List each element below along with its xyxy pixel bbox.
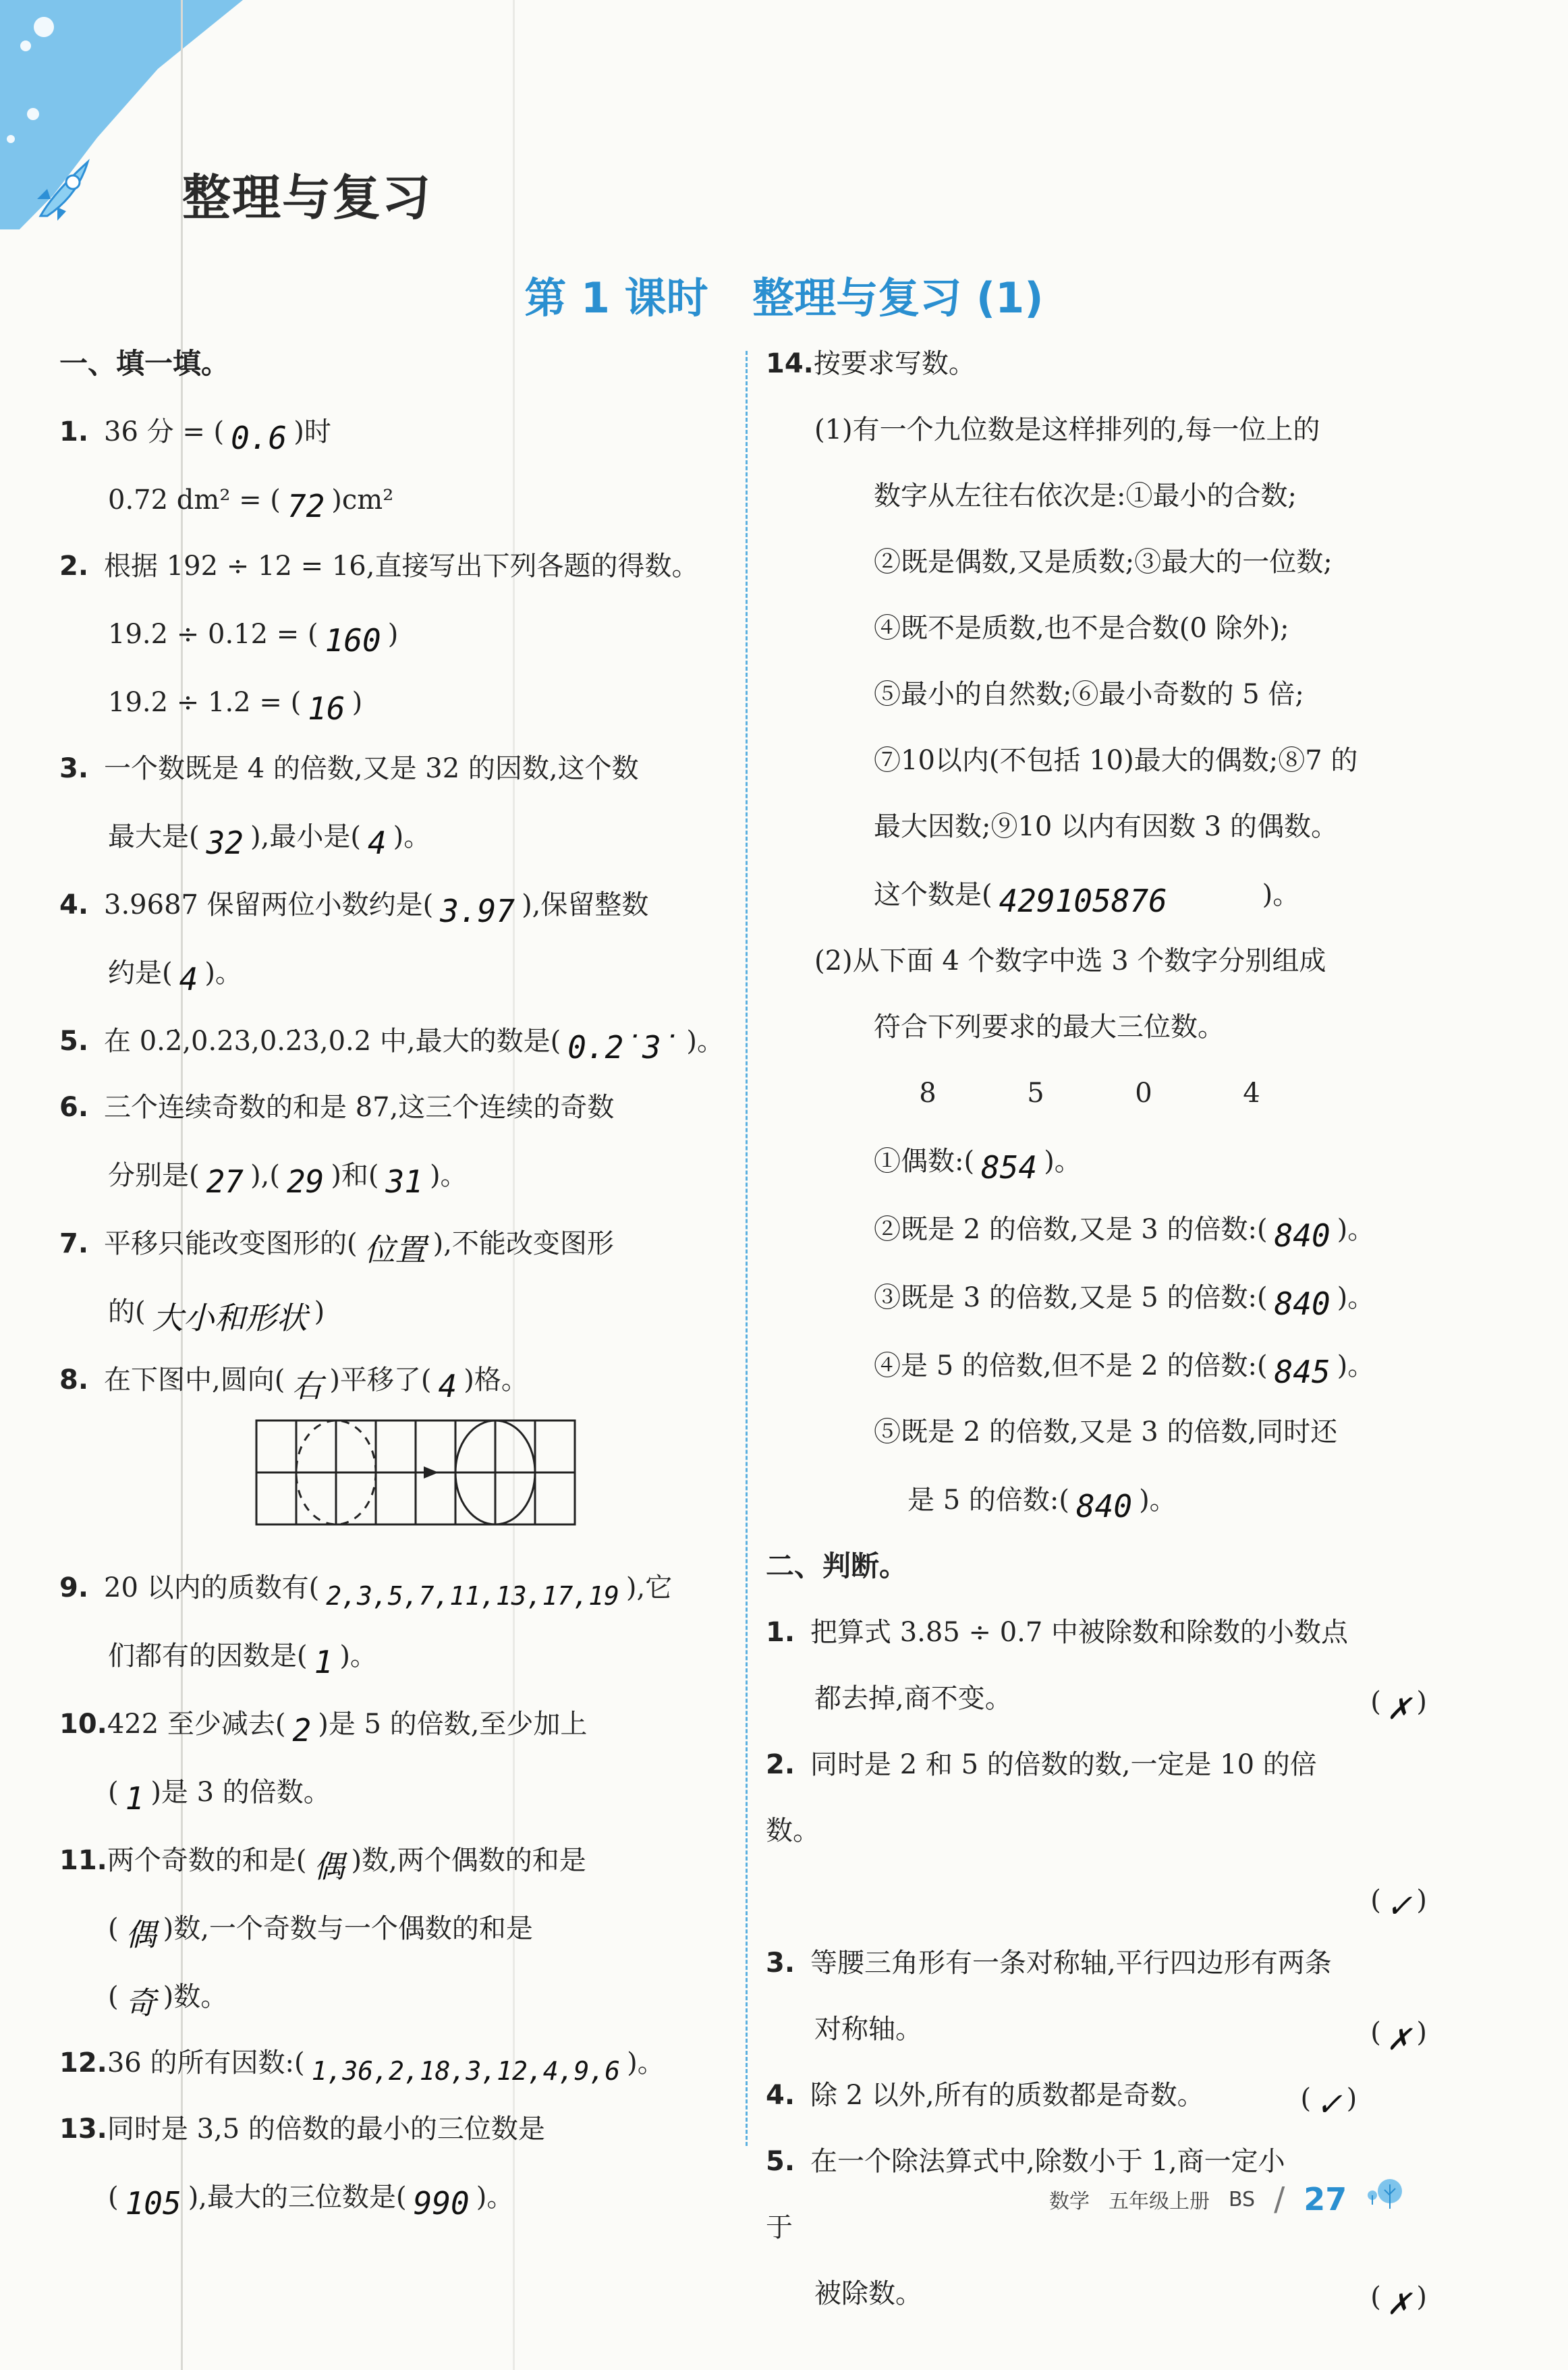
question-line: 们都有的因数是(1)。 xyxy=(59,1621,734,1689)
chapter-title: 整理与复习 xyxy=(182,159,432,229)
section-title: 二、判断。 xyxy=(766,1533,1440,1599)
answer-field[interactable]: 偶 xyxy=(119,1902,163,1968)
question-12: 12.36 的所有因数:(1,36,2,18,3,12,4,9,6)。 xyxy=(59,2030,734,2096)
question-line: 都去掉,商不变。 (✗) xyxy=(766,1665,1440,1732)
answer-field[interactable]: 840 xyxy=(1069,1473,1139,1539)
text: 在下图中,圆向( xyxy=(104,1365,285,1396)
question-line: ⑤既是 2 的倍数,又是 3 的倍数,同时还 xyxy=(766,1399,1440,1465)
text: 们都有的因数是( xyxy=(108,1641,308,1672)
answer-field[interactable]: 4 xyxy=(432,1353,464,1419)
translation-grid-diagram xyxy=(255,1419,579,1530)
text: )。 xyxy=(430,1160,468,1191)
digit: 0 xyxy=(1090,1060,1198,1126)
answer-field[interactable]: 0.2̇3̇ xyxy=(561,1014,686,1080)
judgement-mark[interactable]: (✓) xyxy=(1301,2062,1371,2132)
question-line: 19.2 ÷ 0.12 = (160) xyxy=(59,599,734,667)
text: )数。 xyxy=(163,1981,228,2012)
text: 这个数是( xyxy=(874,879,992,910)
text: )。 xyxy=(476,2182,514,2213)
answer-field[interactable]: 72 xyxy=(281,473,331,539)
text: ( xyxy=(108,1777,119,1808)
text: )。 xyxy=(339,1641,377,1672)
text: )cm² xyxy=(331,485,393,516)
question-number: 1. xyxy=(766,1599,810,1665)
section-title: 一、填一填。 xyxy=(59,331,734,397)
question-5: 5.在 0.2̇,0.23,0.2̇3̇,0.2 中,最大的数是(0.2̇3̇)… xyxy=(59,1006,734,1074)
text: 的( xyxy=(108,1296,146,1327)
text: 3.9687 保留两位小数约是( xyxy=(104,889,433,920)
text: ),( xyxy=(250,1160,280,1191)
text: ( xyxy=(108,1913,119,1944)
judgement-3: 3.等腰三角形有一条对称轴,平行四边形有两条 xyxy=(766,1930,1440,1996)
question-6: 6.三个连续奇数的和是 87,这三个连续的奇数 xyxy=(59,1074,734,1140)
text: ④是 5 的倍数,但不是 2 的倍数:( xyxy=(874,1350,1268,1381)
text: 约是( xyxy=(108,958,173,989)
question-number: 13. xyxy=(59,2096,107,2162)
text: )是 5 的倍数,至少加上 xyxy=(318,1709,587,1740)
answer-field[interactable]: 27 xyxy=(200,1149,250,1215)
answer-field[interactable]: 16 xyxy=(301,676,352,742)
question-line: (1)有一个九位数是这样排列的,每一位上的 xyxy=(766,397,1440,463)
page-footer: 数学 五年级上册 BS / 27 xyxy=(1049,2176,1406,2222)
text: )格。 xyxy=(464,1365,528,1396)
text: )。 xyxy=(393,821,431,852)
text: 一个数既是 4 的倍数,又是 32 的因数,这个数 xyxy=(104,753,639,784)
text: ( xyxy=(108,1981,119,2012)
question-line: (105),最大的三位数是(990)。 xyxy=(59,2162,734,2230)
answer-field[interactable]: 160 xyxy=(318,607,388,673)
answer-field[interactable]: ✗ xyxy=(1381,2269,1417,2335)
question-line: (✓) xyxy=(766,1864,1440,1930)
question-line: 对称轴。 (✗) xyxy=(766,1996,1440,2062)
text: 20 以内的质数有( xyxy=(104,1572,319,1603)
text: )。 xyxy=(1139,1485,1177,1516)
answer-field[interactable]: 31 xyxy=(379,1149,430,1215)
lesson-title: 第 1 课时 整理与复习 (1) xyxy=(0,265,1568,325)
left-column: 一、填一填。 1.36 分 = (0.6)时 0.72 dm² = (72)cm… xyxy=(59,331,734,2230)
question-9: 9.20 以内的质数有(2,3,5,7,11,13,17,19),它 xyxy=(59,1555,734,1621)
text: )时 xyxy=(293,416,331,447)
text: ),它 xyxy=(626,1572,672,1603)
text: 都去掉,商不变。 xyxy=(814,1683,1012,1714)
question-line: ⑤最小的自然数;⑥最小奇数的 5 倍; xyxy=(766,661,1440,727)
answer-field[interactable]: 大小和形状 xyxy=(146,1285,314,1351)
text: 在 0.2̇,0.23,0.2̇3̇,0.2 中,最大的数是( xyxy=(104,1026,561,1057)
text: 对称轴。 xyxy=(814,2014,922,2045)
judgement-1: 1.把算式 3.85 ÷ 0.7 中被除数和除数的小数点 xyxy=(766,1599,1440,1665)
question-10: 10.422 至少减去(2)是 5 的倍数,至少加上 xyxy=(59,1689,734,1757)
text: )。 xyxy=(1337,1350,1375,1381)
question-13: 13.同时是 3,5 的倍数的最小的三位数是 xyxy=(59,2096,734,2162)
footer-slash: / xyxy=(1274,2180,1285,2218)
text: 36 的所有因数:( xyxy=(107,2047,305,2078)
judgement-mark[interactable]: (✗) xyxy=(1370,1996,1440,2066)
text: ③既是 3 的倍数,又是 5 的倍数:( xyxy=(874,1282,1268,1313)
question-line: ⑦10以内(不包括 10)最大的偶数;⑧7 的 xyxy=(766,727,1440,794)
text: ),最小是( xyxy=(250,821,361,852)
answer-field[interactable]: 840 xyxy=(1268,1203,1337,1269)
answer-field[interactable]: 4 xyxy=(173,946,205,1012)
text: ) xyxy=(352,687,363,718)
question-line: (2)从下面 4 个数字中选 3 个数字分别组成 xyxy=(766,928,1440,994)
question-line: 是 5 的倍数:(840)。 xyxy=(766,1465,1440,1533)
answer-field[interactable]: 29 xyxy=(280,1149,331,1215)
question-number: 9. xyxy=(59,1555,104,1621)
question-1: 1.36 分 = (0.6)时 xyxy=(59,397,734,465)
text: )。 xyxy=(1337,1282,1375,1313)
question-line: ④既不是质数,也不是合数(0 除外); xyxy=(766,595,1440,661)
text: )。 xyxy=(1337,1214,1375,1245)
question-8: 8.在下图中,圆向(右)平移了(4)格。 xyxy=(59,1345,734,1413)
question-number: 8. xyxy=(59,1347,104,1413)
question-line: ②既是 2 的倍数,又是 3 的倍数:(840)。 xyxy=(766,1194,1440,1263)
question-11: 11.两个奇数的和是(偶)数,两个偶数的和是 xyxy=(59,1825,734,1894)
question-line: 0.72 dm² = (72)cm² xyxy=(59,465,734,533)
question-line: 数字从左往右依次是:①最小的合数; xyxy=(766,463,1440,529)
question-line: ①偶数:(854)。 xyxy=(766,1126,1440,1194)
question-line: 19.2 ÷ 1.2 = (16) xyxy=(59,667,734,736)
text: )。 xyxy=(1044,1146,1082,1177)
question-line: (奇)数。 xyxy=(59,1962,734,2030)
answer-field[interactable]: 右 xyxy=(285,1353,329,1419)
lesson-name: 整理与复习 (1) xyxy=(752,273,1043,323)
question-number: 4. xyxy=(766,2062,810,2128)
text: 被除数。 xyxy=(814,2278,922,2309)
question-3: 3.一个数既是 4 的倍数,又是 32 的因数,这个数 xyxy=(59,736,734,802)
question-line: 的(大小和形状) xyxy=(59,1277,734,1345)
digit: 4 xyxy=(1198,1060,1306,1126)
judgement-mark[interactable]: (✗) xyxy=(1370,1665,1440,1735)
digit: 8 xyxy=(874,1060,982,1126)
text: ( xyxy=(108,2182,119,2213)
text: 0.72 dm² = ( xyxy=(108,485,281,516)
answer-field[interactable]: 1 xyxy=(308,1629,340,1695)
question-number: 1. xyxy=(59,399,104,465)
question-number: 5. xyxy=(59,1008,104,1074)
question-number: 3. xyxy=(59,736,104,802)
digit: 5 xyxy=(982,1060,1090,1126)
answer-field[interactable]: 990 xyxy=(407,2170,476,2236)
lesson-label: 第 1 课时 xyxy=(524,273,708,323)
answer-field[interactable]: 1 xyxy=(119,1765,151,1831)
footer-edition: BS xyxy=(1229,2188,1255,2211)
right-column: 14.按要求写数。 (1)有一个九位数是这样排列的,每一位上的 数字从左往右依次… xyxy=(766,331,1440,2330)
answer-field[interactable]: ✓ xyxy=(1381,1872,1417,1938)
text: )。 xyxy=(627,2047,665,2078)
text: 422 至少减去( xyxy=(107,1709,286,1740)
text: 同时是 3,5 的倍数的最小的三位数是 xyxy=(107,2114,545,2145)
answer-field[interactable]: 854 xyxy=(974,1134,1044,1201)
text: ②既是 2 的倍数,又是 3 的倍数:( xyxy=(874,1214,1268,1245)
text: )和( xyxy=(331,1160,379,1191)
text: 分别是( xyxy=(108,1160,200,1191)
text: 19.2 ÷ 0.12 = ( xyxy=(108,619,318,650)
question-7: 7.平移只能改变图形的(位置),不能改变图形 xyxy=(59,1209,734,1277)
answer-field[interactable]: 2,3,5,7,11,13,17,19 xyxy=(319,1563,626,1629)
question-line: 被除数。 (✗) xyxy=(766,2261,1440,2327)
text: )平移了( xyxy=(329,1365,431,1396)
question-line: ④是 5 的倍数,但不是 2 的倍数:(845)。 xyxy=(766,1331,1440,1399)
text: )是 3 的倍数。 xyxy=(150,1777,330,1808)
column-divider xyxy=(746,351,748,2146)
text: ),保留整数 xyxy=(522,889,648,920)
answer-field[interactable]: ✓ xyxy=(1311,2070,1347,2137)
answer-field[interactable]: ✗ xyxy=(1381,1674,1417,1740)
answer-field[interactable]: 4 xyxy=(361,810,393,876)
text: 按要求写数。 xyxy=(814,348,976,379)
question-line: (偶)数,一个奇数与一个偶数的和是 xyxy=(59,1894,734,1962)
question-line: ②既是偶数,又是质数;③最大的一位数; xyxy=(766,529,1440,595)
question-number: 10. xyxy=(59,1691,107,1757)
question-2: 2.根据 192 ÷ 12 = 16,直接写出下列各题的得数。 xyxy=(59,533,734,599)
answer-field[interactable]: ✗ xyxy=(1381,2004,1417,2070)
question-line: 最大因数;⑨10 以内有因数 3 的偶数。 xyxy=(766,794,1440,860)
text: 两个奇数的和是( xyxy=(107,1845,307,1876)
answer-field[interactable]: 0.6 xyxy=(224,405,293,471)
text: 根据 192 ÷ 12 = 16,直接写出下列各题的得数。 xyxy=(104,551,698,582)
question-number: 12. xyxy=(59,2030,107,2096)
text: ),不能改变图形 xyxy=(433,1228,614,1259)
footer-subject: 数学 xyxy=(1049,2184,1090,2214)
judgement-mark[interactable]: (✓) xyxy=(1370,1864,1440,1933)
digit-choices: 8504 xyxy=(766,1060,1440,1126)
judgement-2: 2.同时是 2 和 5 的倍数的数,一定是 10 的倍数。 xyxy=(766,1732,1440,1864)
text: )。 xyxy=(204,958,242,989)
question-number: 3. xyxy=(766,1930,810,1996)
answer-field[interactable]: 429105876 xyxy=(992,868,1262,934)
answer-field[interactable]: 奇 xyxy=(119,1970,163,2036)
text: ),最大的三位数是( xyxy=(188,2182,407,2213)
text: ) xyxy=(314,1296,325,1327)
judgement-mark[interactable]: (✗) xyxy=(1370,2261,1440,2330)
tree-icon xyxy=(1366,2176,1406,2222)
question-line: 符合下列要求的最大三位数。 xyxy=(766,994,1440,1060)
text: 同时是 2 和 5 的倍数的数,一定是 10 的倍数。 xyxy=(766,1749,1317,1846)
text: 36 分 = ( xyxy=(104,416,224,447)
text: 把算式 3.85 ÷ 0.7 中被除数和除数的小数点 xyxy=(810,1617,1348,1648)
text: )数,两个偶数的和是 xyxy=(351,1845,586,1876)
text: 等腰三角形有一条对称轴,平行四边形有两条 xyxy=(810,1948,1332,1979)
judgement-4: 4.除 2 以外,所有的质数都是奇数。 (✓) xyxy=(766,2062,1440,2128)
text: ①偶数:( xyxy=(874,1146,974,1177)
page-number: 27 xyxy=(1304,2181,1347,2217)
question-line: 最大是(32),最小是(4)。 xyxy=(59,802,734,870)
text: 平移只能改变图形的( xyxy=(104,1228,358,1259)
question-number: 6. xyxy=(59,1074,104,1140)
question-number: 11. xyxy=(59,1827,107,1894)
answer-field[interactable]: 2 xyxy=(286,1697,318,1763)
question-line: 约是(4)。 xyxy=(59,938,734,1006)
answer-field[interactable]: 845 xyxy=(1268,1339,1337,1405)
question-4: 4.3.9687 保留两位小数约是(3.97),保留整数 xyxy=(59,870,734,938)
question-line: ③既是 3 的倍数,又是 5 的倍数:(840)。 xyxy=(766,1263,1440,1331)
footer-grade: 五年级上册 xyxy=(1109,2184,1210,2214)
question-14: 14.按要求写数。 xyxy=(766,331,1440,397)
text: )。 xyxy=(686,1026,724,1057)
answer-field[interactable]: 32 xyxy=(200,810,250,876)
text: 19.2 ÷ 1.2 = ( xyxy=(108,687,301,718)
text: 是 5 的倍数:( xyxy=(907,1485,1069,1516)
text: 三个连续奇数的和是 87,这三个连续的奇数 xyxy=(104,1092,614,1123)
question-number: 2. xyxy=(59,533,104,599)
answer-field[interactable]: 位置 xyxy=(358,1217,433,1283)
question-line: 这个数是(429105876)。 xyxy=(766,860,1440,928)
question-number: 7. xyxy=(59,1211,104,1277)
question-number: 14. xyxy=(766,331,814,397)
question-line: (1)是 3 的倍数。 xyxy=(59,1757,734,1825)
question-number: 2. xyxy=(766,1732,810,1798)
answer-field[interactable]: 105 xyxy=(119,2170,188,2236)
answer-field[interactable]: 840 xyxy=(1268,1271,1337,1337)
answer-field[interactable]: 偶 xyxy=(306,1834,351,1900)
text: ) xyxy=(388,619,399,650)
question-number: 5. xyxy=(766,2128,810,2195)
question-number: 4. xyxy=(59,872,104,938)
answer-field[interactable]: 1,36,2,18,3,12,4,9,6 xyxy=(305,2038,627,2104)
text: 最大是( xyxy=(108,821,200,852)
rocket-icon xyxy=(27,152,101,229)
text: 除 2 以外,所有的质数都是奇数。 xyxy=(810,2080,1204,2111)
answer-field[interactable]: 3.97 xyxy=(433,878,522,944)
question-line: 分别是(27),(29)和(31)。 xyxy=(59,1140,734,1209)
text: )数,一个奇数与一个偶数的和是 xyxy=(163,1913,533,1944)
text: )。 xyxy=(1262,879,1300,910)
